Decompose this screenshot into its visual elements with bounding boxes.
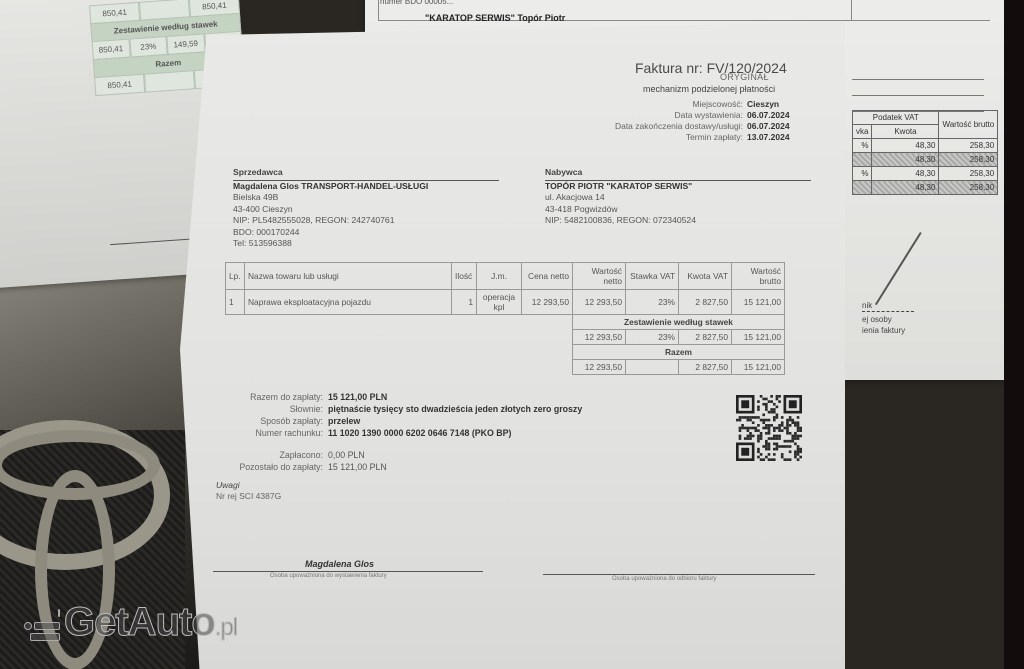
table-row: 48,30258,30	[853, 153, 998, 167]
payment-method: Sposób zapłaty:przelew	[225, 415, 582, 427]
header-box	[850, 0, 990, 21]
col-qty: Ilość	[452, 263, 477, 290]
col-vat-rate: Stawka VAT	[626, 263, 679, 290]
total-due: Razem do zapłaty:15 121,00 PLN	[225, 391, 582, 403]
payment-summary: Razem do zapłaty:15 121,00 PLN Słownie:p…	[225, 391, 582, 473]
buyer-city: 43-418 Pogwizdów	[545, 204, 811, 216]
seller-block: Sprzedawca Magdalena Glos TRANSPORT-HAND…	[233, 167, 499, 250]
watermark-brand: GetAuto.pl	[64, 602, 237, 648]
col-unit: J.m.	[477, 263, 522, 290]
buyer-street: ul. Akacjowa 14	[545, 192, 811, 204]
amount-paid: Zapłacono:0,00 PLN	[225, 449, 582, 461]
seller-city: 43-400 Cieszyn	[233, 204, 499, 216]
notes-label: Uwagi	[216, 480, 281, 491]
col-net: Wartość netto	[573, 263, 626, 290]
header: vka	[853, 125, 872, 139]
total-header: Razem	[226, 345, 785, 360]
caption: ienia faktury	[862, 325, 914, 336]
bdo-label: numer BDO 00005...	[380, 0, 453, 6]
buyer-name: "KARATOP SERWIS" Topór Piotr	[425, 13, 565, 23]
table-row: 48,30258,30	[853, 181, 998, 195]
meta-place: Miejscowość:Cieszyn	[615, 99, 801, 110]
issuer-signature-line	[213, 571, 483, 572]
seller-phone: Tel: 513596388	[233, 238, 499, 250]
items-table: Lp. Nazwa towaru lub usługi Ilość J.m. C…	[225, 262, 785, 375]
table-row: %48,30258,30	[853, 139, 998, 153]
seller-street: Bielska 49B	[233, 192, 499, 204]
issuer-caption: Osoba upoważniona do wystawienia faktury	[270, 573, 387, 579]
header: Podatek VAT	[853, 111, 939, 125]
caption: nik	[862, 300, 914, 311]
dotted-line	[862, 311, 914, 312]
background-vat-table: Podatek VAT Wartość brutto vka Kwota %48…	[852, 110, 998, 195]
meta-due-date: Termin zapłaty:13.07.2024	[615, 132, 801, 143]
buyer-nip: NIP: 5482100836, REGON: 072340524	[545, 215, 811, 227]
buyer-block: Nabywca TOPÓR PIOTR "KARATOP SERWIS" ul.…	[545, 167, 811, 227]
seller-nip: NIP: PL5482555028, REGON: 242740761	[233, 215, 499, 227]
meta-delivery-date: Data zakończenia dostawy/usługi:06.07.20…	[615, 121, 801, 132]
menu-lines-icon	[24, 609, 60, 641]
split-payment-note: mechanizm podzielonej płatności	[643, 84, 775, 94]
col-gross: Wartość brutto	[732, 263, 785, 290]
table-row: 1 Naprawa eksploatacyjna pojazdu 1 opera…	[226, 290, 785, 315]
receiver-signature-line	[543, 574, 815, 575]
invoice-meta: Miejscowość:Cieszyn Data wystawienia:06.…	[615, 99, 801, 143]
receiver-caption: Osoba upoważniona do odbioru faktury	[612, 576, 716, 582]
col-vat-amount: Kwota VAT	[679, 263, 732, 290]
dark-edge	[1004, 0, 1024, 669]
invoice-document: Faktura nr: FV/120/2024 ORYGINAŁ mechani…	[180, 22, 845, 669]
amount-in-words: Słownie:piętnaście tysięcy sto dwadzieśc…	[225, 403, 582, 415]
signature-caption: nik ej osoby ienia faktury	[862, 300, 914, 336]
ruled-lines	[852, 64, 984, 112]
getauto-watermark[interactable]: GetAuto.pl	[24, 602, 237, 648]
table-header-row: Lp. Nazwa towaru lub usługi Ilość J.m. C…	[226, 263, 785, 290]
issuer-name: Magdalena Glos	[305, 559, 374, 569]
summary-by-rate-row: 12 293,50 23% 2 827,50 15 121,00	[226, 330, 785, 345]
copy-label: ORYGINAŁ	[720, 72, 769, 82]
col-unit-price: Cena netto	[522, 263, 573, 290]
seller-name: Magdalena Glos TRANSPORT-HANDEL-USŁUGI	[233, 181, 499, 193]
seller-bdo: BDO: 000170244	[233, 227, 499, 239]
buyer-header: Nabywca	[545, 167, 811, 181]
bank-account: Numer rachunku:11 1020 1390 0000 6202 06…	[225, 427, 582, 439]
notes-block: Uwagi Nr rej SCI 4387G	[216, 480, 281, 502]
col-name: Nazwa towaru lub usługi	[245, 263, 452, 290]
total-row: 12 293,50 2 827,50 15 121,00	[226, 360, 785, 375]
header: Kwota	[872, 125, 939, 139]
amount-remaining: Pozostało do zapłaty:15 121,00 PLN	[225, 461, 582, 473]
header: Wartość brutto	[939, 111, 998, 139]
seller-header: Sprzedawca	[233, 167, 499, 181]
cell: 850,41	[94, 73, 145, 95]
cell	[144, 70, 195, 92]
summary-by-rate-header: Zestawienie według stawek	[226, 315, 785, 330]
qr-code-icon	[736, 395, 802, 461]
meta-issue-date: Data wystawienia:06.07.2024	[615, 110, 801, 121]
caption: ej osoby	[862, 314, 914, 325]
buyer-name: TOPÓR PIOTR "KARATOP SERWIS"	[545, 181, 811, 193]
notes-value: Nr rej SCI 4387G	[216, 491, 281, 502]
col-lp: Lp.	[226, 263, 245, 290]
table-row: %48,30258,30	[853, 167, 998, 181]
